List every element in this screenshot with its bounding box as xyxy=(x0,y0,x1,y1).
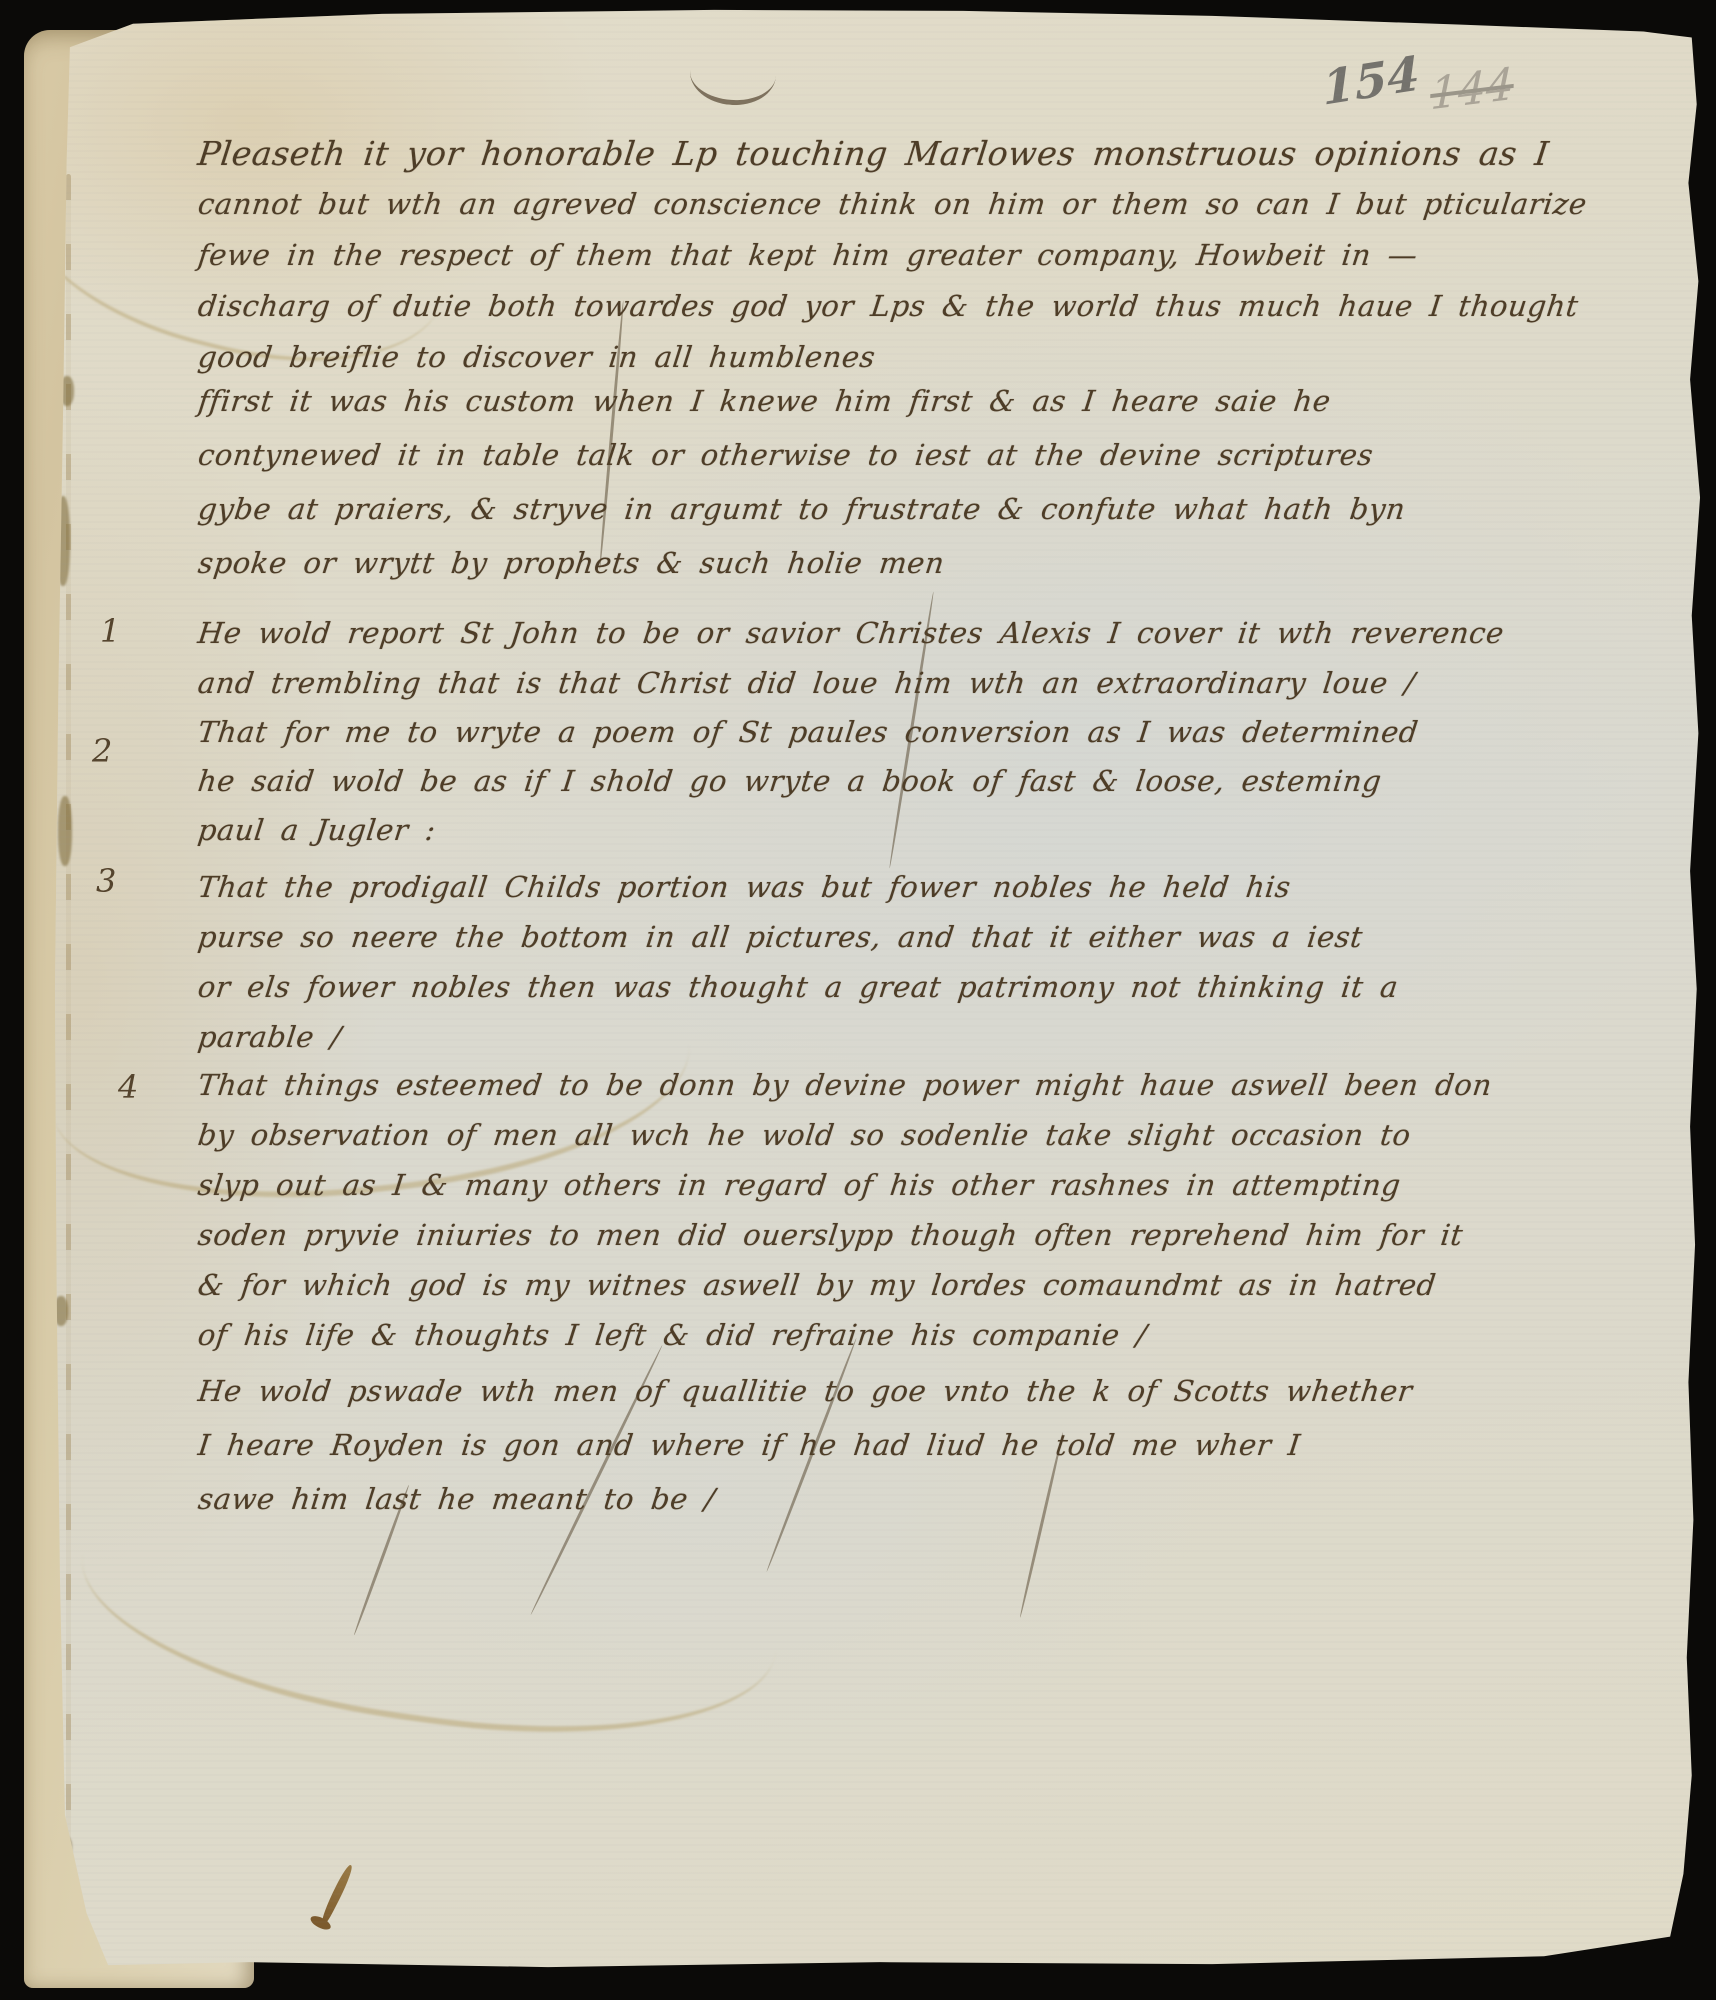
manuscript-item-4: That things esteemed to be donn by devin… xyxy=(195,1060,1670,1360)
manuscript-line: he said wold be as if I shold go wryte a… xyxy=(195,757,1676,806)
manuscript-line: That for me to wryte a poem of St paules… xyxy=(195,708,1676,757)
manuscript-line: fewe in the respect of them that kept hi… xyxy=(195,230,1676,281)
ink-stain xyxy=(318,1864,356,1927)
margin-number-4: 4 xyxy=(118,1068,138,1106)
manuscript-line: parable / xyxy=(195,1012,1676,1062)
manuscript-line: by observation of men all wch he wold so… xyxy=(195,1110,1676,1160)
manuscript-line: paul a Jugler : xyxy=(195,806,1676,855)
manuscript-line: purse so neere the bottom in all picture… xyxy=(195,912,1676,962)
manuscript-line: or els fower nobles then was thought a g… xyxy=(195,962,1676,1012)
scan-background: 154 144 1 2 3 4 Pleaseth it yor honorabl… xyxy=(0,0,1716,2000)
manuscript-line: slyp out as I & many others in regard of… xyxy=(195,1160,1676,1210)
manuscript-line: contynewed it in table talk or otherwise… xyxy=(195,428,1677,482)
manuscript-page: 154 144 1 2 3 4 Pleaseth it yor honorabl… xyxy=(50,6,1710,1972)
manuscript-line: & for which god is my witnes aswell by m… xyxy=(195,1260,1676,1310)
manuscript-line: Pleaseth it yor honorable Lp touching Ma… xyxy=(195,128,1676,179)
margin-number-3: 3 xyxy=(96,862,116,900)
manuscript-line: I heare Royden is gon and where if he ha… xyxy=(195,1418,1677,1472)
manuscript-line: That the prodigall Childs portion was bu… xyxy=(195,862,1676,912)
manuscript-line: sawe him last he meant to be / xyxy=(195,1472,1677,1526)
manuscript-line: ffirst it was his custom when I knewe hi… xyxy=(195,374,1677,428)
manuscript-paragraph-first: ffirst it was his custom when I knewe hi… xyxy=(195,374,1670,590)
manuscript-item-2: That for me to wryte a poem of St paules… xyxy=(195,708,1670,855)
manuscript-line: discharg of dutie both towardes god yor … xyxy=(195,281,1676,332)
manuscript-paragraph-opening: Pleaseth it yor honorable Lp touching Ma… xyxy=(195,128,1670,383)
manuscript-line: He wold pswade wth men of quallitie to g… xyxy=(195,1364,1677,1418)
folio-number-pencil: 154 xyxy=(1321,46,1421,117)
manuscript-line: soden pryvie iniuries to men did ouersly… xyxy=(195,1210,1676,1260)
mount-seam-line xyxy=(66,174,71,1954)
manuscript-line: of his life & thoughts I left & did refr… xyxy=(195,1310,1676,1360)
manuscript-paragraph-closing: He wold pswade wth men of quallitie to g… xyxy=(195,1364,1670,1526)
folio-number-crossed-out: 144 xyxy=(1430,59,1514,121)
manuscript-item-3: That the prodigall Childs portion was bu… xyxy=(195,862,1670,1062)
pen-flourish xyxy=(688,39,778,108)
manuscript-line: cannot but wth an agreved conscience thi… xyxy=(195,179,1676,230)
manuscript-line: That things esteemed to be donn by devin… xyxy=(195,1060,1676,1110)
manuscript-line: He wold report St John to be or savior C… xyxy=(195,608,1676,658)
manuscript-line: gybe at praiers, & stryve in argumt to f… xyxy=(195,482,1677,536)
manuscript-item-1: He wold report St John to be or savior C… xyxy=(195,608,1670,708)
seam-stain-mark xyxy=(58,796,72,866)
manuscript-line: spoke or wrytt by prophets & such holie … xyxy=(195,536,1677,590)
manuscript-line: and trembling that is that Christ did lo… xyxy=(195,658,1676,708)
margin-number-2: 2 xyxy=(92,732,112,770)
foliation-area: 154 144 xyxy=(1312,46,1672,136)
margin-number-1: 1 xyxy=(100,612,120,650)
